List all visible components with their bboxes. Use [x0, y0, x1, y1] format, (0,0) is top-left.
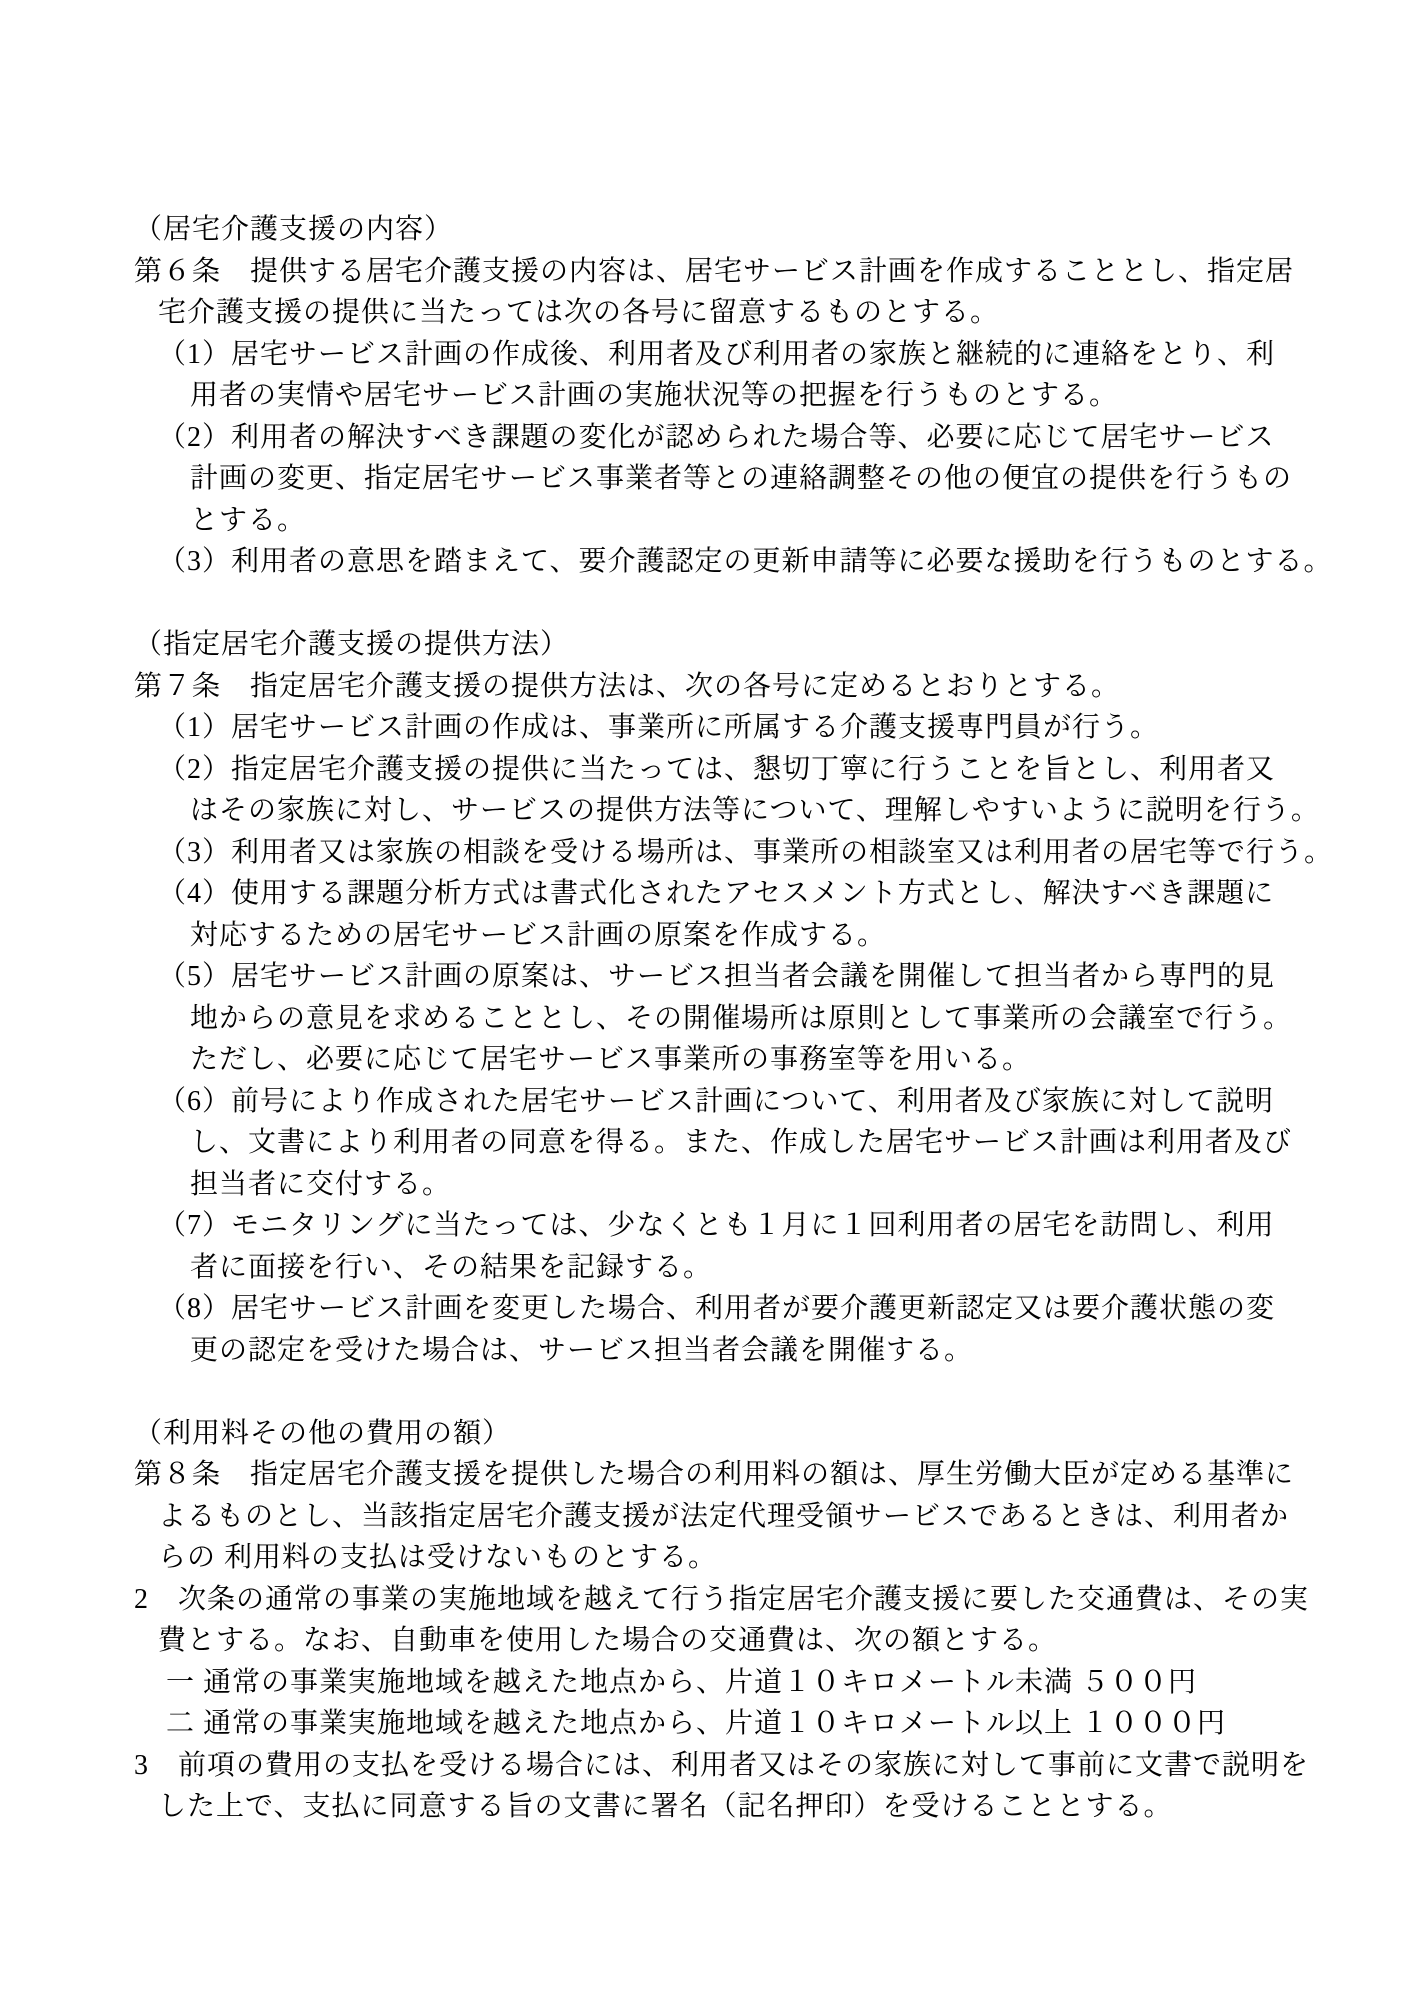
document-line: 第７条 指定居宅介護支援の提供方法は、次の各号に定めるとおりとする。 — [134, 666, 1354, 708]
document-line: とする。 — [134, 500, 1354, 542]
document-page: （居宅介護支援の内容）第６条 提供する居宅介護支援の内容は、居宅サービス計画を作… — [0, 0, 1413, 2000]
document-section: （居宅介護支援の内容）第６条 提供する居宅介護支援の内容は、居宅サービス計画を作… — [134, 209, 1354, 583]
document-line: 計画の変更、指定居宅サービス事業者等との連絡調整その他の便宜の提供を行うもの — [134, 458, 1354, 500]
document-line: （6）前号により作成された居宅サービス計画について、利用者及び家族に対して説明 — [134, 1081, 1354, 1123]
document-line: らの 利用料の支払は受けないものとする。 — [134, 1537, 1354, 1579]
document-section: （利用料その他の費用の額）第８条 指定居宅介護支援を提供した場合の利用料の額は、… — [134, 1413, 1354, 1828]
document-line: 一 通常の事業実施地域を越えた地点から、片道１０キロメートル未満 ５００円 — [134, 1662, 1354, 1704]
document-line: （2）指定居宅介護支援の提供に当たっては、懇切丁寧に行うことを旨とし、利用者又 — [134, 749, 1354, 791]
document-line: （1）居宅サービス計画の作成後、利用者及び利用者の家族と継続的に連絡をとり、利 — [134, 334, 1354, 376]
document-line: 用者の実情や居宅サービス計画の実施状況等の把握を行うものとする。 — [134, 375, 1354, 417]
document-line: （2）利用者の解決すべき課題の変化が認められた場合等、必要に応じて居宅サービス — [134, 417, 1354, 459]
document-section: （指定居宅介護支援の提供方法）第７条 指定居宅介護支援の提供方法は、次の各号に定… — [134, 624, 1354, 1371]
document-line: 費とする。なお、自動車を使用した場合の交通費は、次の額とする。 — [134, 1620, 1354, 1662]
document-line: よるものとし、当該指定居宅介護支援が法定代理受領サービスであるときは、利用者か — [134, 1496, 1354, 1538]
document-line: ただし、必要に応じて居宅サービス事業所の事務室等を用いる。 — [134, 1039, 1354, 1081]
document-line: 者に面接を行い、その結果を記録する。 — [134, 1247, 1354, 1289]
document-line: （5）居宅サービス計画の原案は、サービス担当者会議を開催して担当者から専門的見 — [134, 956, 1354, 998]
document-body: （居宅介護支援の内容）第６条 提供する居宅介護支援の内容は、居宅サービス計画を作… — [134, 209, 1354, 1828]
document-line: 更の認定を受けた場合は、サービス担当者会議を開催する。 — [134, 1330, 1354, 1372]
document-line: （4）使用する課題分析方式は書式化されたアセスメント方式とし、解決すべき課題に — [134, 873, 1354, 915]
section-heading: （居宅介護支援の内容） — [134, 209, 1354, 251]
document-line: 2 次条の通常の事業の実施地域を越えて行う指定居宅介護支援に要した交通費は、その… — [134, 1579, 1354, 1621]
document-line: 対応するための居宅サービス計画の原案を作成する。 — [134, 915, 1354, 957]
document-line: し、文書により利用者の同意を得る。また、作成した居宅サービス計画は利用者及び — [134, 1122, 1354, 1164]
document-line: 二 通常の事業実施地域を越えた地点から、片道１０キロメートル以上 １０００円 — [134, 1703, 1354, 1745]
document-line: （3）利用者の意思を踏まえて、要介護認定の更新申請等に必要な援助を行うものとする… — [134, 541, 1354, 583]
document-line: 第６条 提供する居宅介護支援の内容は、居宅サービス計画を作成することとし、指定居 — [134, 251, 1354, 293]
section-heading: （利用料その他の費用の額） — [134, 1413, 1354, 1455]
document-line: 第８条 指定居宅介護支援を提供した場合の利用料の額は、厚生労働大臣が定める基準に — [134, 1454, 1354, 1496]
document-line: 3 前項の費用の支払を受ける場合には、利用者又はその家族に対して事前に文書で説明… — [134, 1745, 1354, 1787]
section-heading: （指定居宅介護支援の提供方法） — [134, 624, 1354, 666]
document-line: 地からの意見を求めることとし、その開催場所は原則として事業所の会議室で行う。 — [134, 998, 1354, 1040]
document-line: （7）モニタリングに当たっては、少なくとも１月に１回利用者の居宅を訪問し、利用 — [134, 1205, 1354, 1247]
document-line: した上で、支払に同意する旨の文書に署名（記名押印）を受けることとする。 — [134, 1786, 1354, 1828]
document-line: （3）利用者又は家族の相談を受ける場所は、事業所の相談室又は利用者の居宅等で行う… — [134, 832, 1354, 874]
document-line: 担当者に交付する。 — [134, 1164, 1354, 1206]
document-line: （1）居宅サービス計画の作成は、事業所に所属する介護支援専門員が行う。 — [134, 707, 1354, 749]
document-line: （8）居宅サービス計画を変更した場合、利用者が要介護更新認定又は要介護状態の変 — [134, 1288, 1354, 1330]
document-line: はその家族に対し、サービスの提供方法等について、理解しやすいように説明を行う。 — [134, 790, 1354, 832]
document-line: 宅介護支援の提供に当たっては次の各号に留意するものとする。 — [134, 292, 1354, 334]
